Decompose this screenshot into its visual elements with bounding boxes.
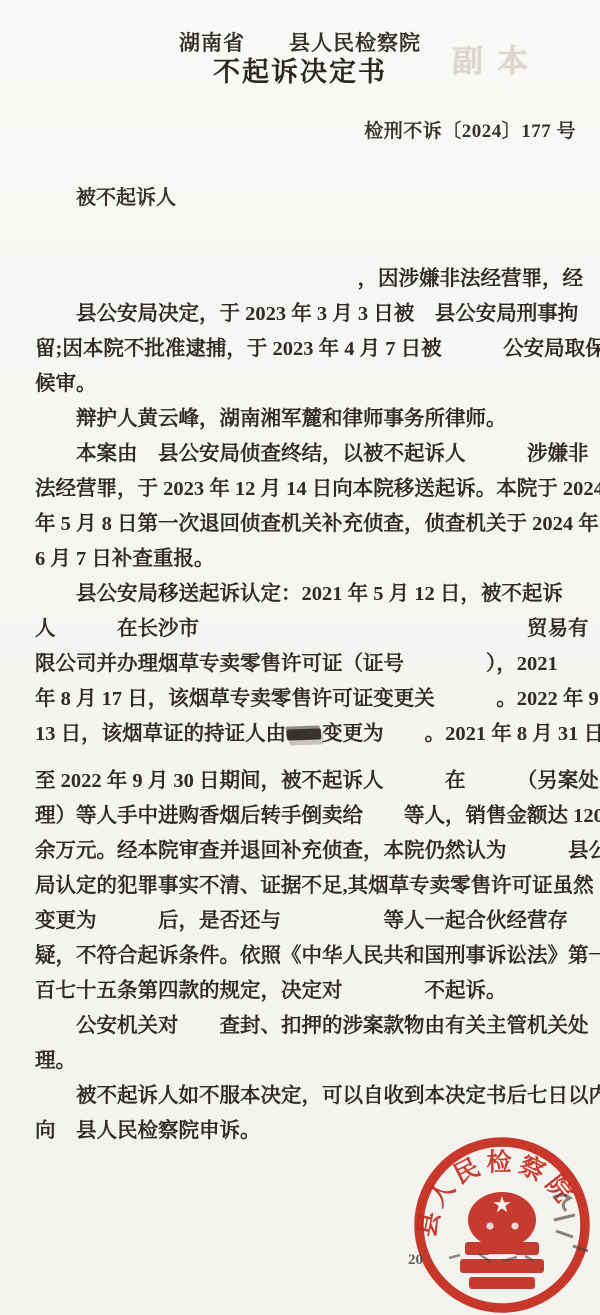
body-line: 年 8 月 17 日，该烟草专卖零售许可证变更关 。2022 年 9 月 [35,682,585,717]
seal-star-icon: ★ [492,1193,512,1218]
body-line: ，因涉嫌非法经营罪，经 [35,262,585,297]
body-line: 留;因本院不批准逮捕，于 2023 年 4 月 7 日被 公安局取保 [35,332,585,367]
body-line-text: 变更为 。2021 年 8 月 31 日 [322,723,600,745]
body-line-text: 13 日，该烟草证的持证人由 [35,723,286,745]
body-line: 县公安局移送起诉认定：2021 年 5 月 12 日，被不起诉 [35,577,585,612]
copy-watermark: 副本 [452,36,542,81]
body-line: 局认定的犯罪事实不清、证据不足,其烟草专卖零售许可证虽然 [35,869,585,904]
body-line: 法经营罪，于 2023 年 12 月 14 日向本院移送起诉。本院于 2024 [35,472,585,507]
body-line: 疑，不符合起诉条件。依照《中华人民共和国刑事诉讼法》第一 [35,939,585,974]
body-line: 百七十五条第四款的规定，决定对 不起诉。 [35,974,585,1009]
seal-date-fragment: 20 [408,1252,423,1268]
body-line: 被不起诉人如不服本决定，可以自收到本决定书后七日以内 [35,1079,585,1114]
body-line: 限公司并办理烟草专卖零售许可证（证号 ），2021 [35,647,585,682]
body-line: 理。 [35,1044,585,1079]
body-line: 辩护人黄云峰，湖南湘军麓和律师事务所律师。 [35,402,585,437]
body-line: 公安机关对 查封、扣押的涉案款物由有关主管机关处 [35,1009,585,1044]
scanned-legal-document: 湖南省 县人民检察院 不起诉决定书 副本 检刑不诉〔2024〕177 号 被不起… [0,0,600,1315]
case-number: 检刑不诉〔2024〕177 号 [364,116,576,143]
body-line: 6 月 7 日补查重报。 [35,542,585,577]
body-line: 年 5 月 8 日第一次退回侦查机关补充侦查，侦查机关于 2024 年 [35,507,585,542]
body-line-with-redaction: 13 日，该烟草证的持证人由变更为 。2021 年 8 月 31 日 [35,717,585,752]
body-line: 至 2022 年 9 月 30 日期间，被不起诉人 在 （另案处 [35,764,585,799]
official-seal: 县人民检察院 ★ 20 [405,1128,600,1315]
redaction-scribble [287,728,321,740]
body-line: 候审。 [35,367,585,402]
body-line: 县公安局决定，于 2023 年 3 月 3 日被 县公安局刑事拘 [35,297,585,332]
body-line: 本案由 县公安局侦查终结，以被不起诉人 涉嫌非 [35,437,585,472]
body-line: 人 在长沙市 贸易有 [35,612,585,647]
body-line: 理）等人手中进购香烟后转手倒卖给 等人，销售金额达 120 [35,799,585,834]
body-line: 余万元。经本院审查并退回补充侦查，本院仍然认为 县公安 [35,834,585,869]
body-line: 变更为 后，是否还与 等人一起合伙经营存 [35,904,585,939]
document-body: ，因涉嫌非法经营罪，经 县公安局决定，于 2023 年 3 月 3 日被 县公安… [35,262,585,1149]
non-prosecuted-person-label: 被不起诉人 [76,181,176,210]
